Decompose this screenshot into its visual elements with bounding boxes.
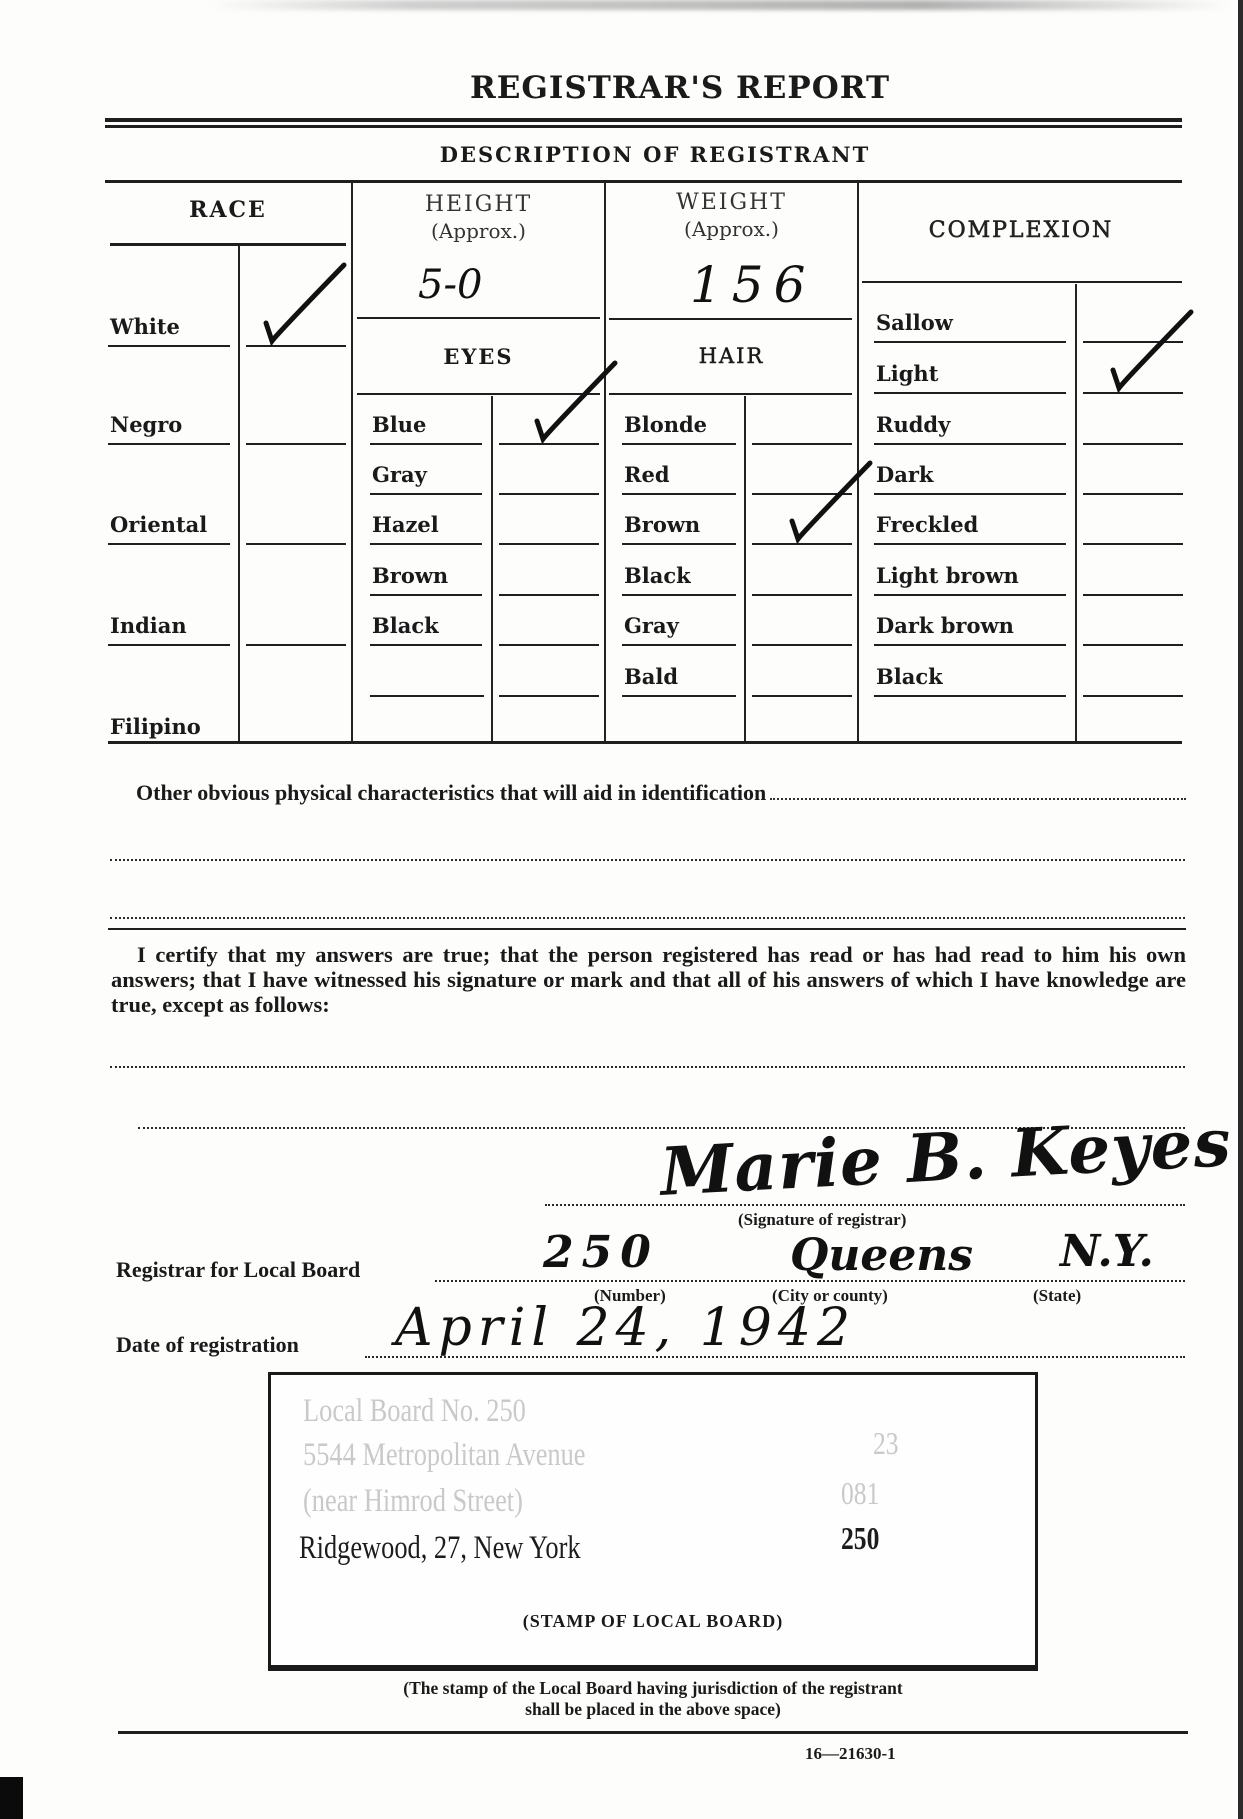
eyes-checkbox[interactable] (499, 644, 599, 646)
stamp-line-2: 5544 Metropolitan Avenue (303, 1437, 586, 1474)
local-board-city[interactable]: Queens (790, 1230, 973, 1281)
complexion-header-rule (862, 281, 1182, 283)
checkmark-icon (258, 263, 348, 353)
weight-header-sub: (Approx.) (606, 216, 857, 242)
complexion-check-divider (1075, 284, 1077, 742)
race-check-divider (238, 246, 240, 742)
hair-label-rule (622, 695, 736, 697)
stamp-note: (The stamp of the Local Board having jur… (268, 1678, 1038, 1720)
complexion-label-rule (874, 443, 1066, 445)
stamp-note-line-1: (The stamp of the Local Board having jur… (268, 1678, 1038, 1699)
eyes-label-rule (370, 493, 482, 495)
complexion-label-rule (874, 644, 1066, 646)
table-top-rule (105, 180, 1182, 183)
complexion-label-rule (874, 341, 1066, 343)
stamp-line-4: Ridgewood, 27, New York (299, 1530, 581, 1567)
race-header: RACE (108, 197, 348, 223)
race-label-rule (108, 345, 230, 347)
signature-line (545, 1204, 1185, 1206)
race-checkbox[interactable] (246, 443, 346, 445)
certification-text: I certify that my answers are true; that… (111, 942, 1186, 1017)
bottom-rule (118, 1731, 1188, 1734)
hair-option-label: Gray (624, 613, 679, 638)
signature-caption: (Signature of registrar) (738, 1210, 906, 1230)
complexion-option-label: Light (876, 361, 938, 386)
race-label-rule (108, 543, 230, 545)
checkmark-icon (529, 361, 619, 451)
race-option-label: Oriental (110, 512, 207, 537)
local-board-number[interactable]: 250 (543, 1227, 659, 1278)
race-header-rule (110, 243, 346, 246)
other-characteristics-line-3[interactable] (110, 917, 1185, 919)
hair-header-rule (609, 393, 852, 395)
height-header-label: HEIGHT (353, 192, 604, 218)
divider-race-height (351, 182, 353, 742)
complexion-option-label: Freckled (876, 512, 978, 537)
complexion-option-label: Ruddy (876, 412, 950, 437)
checkmark-icon (1105, 310, 1195, 400)
hair-label-rule (622, 594, 736, 596)
checkmark-icon (784, 461, 874, 551)
form-number: 16—21630-1 (805, 1744, 896, 1764)
hair-checkbox[interactable] (752, 695, 852, 697)
complexion-checkbox[interactable] (1083, 594, 1183, 596)
stamp-number-2: 081 (841, 1475, 879, 1512)
other-characteristics-field[interactable] (770, 784, 1186, 800)
eyes-label-rule (370, 443, 482, 445)
hair-option-label: Red (624, 462, 670, 487)
stamp-number-3: 250 (841, 1520, 879, 1557)
scan-corner-mark (0, 1777, 23, 1819)
hair-option-label: Black (624, 563, 691, 588)
hair-label-rule (622, 644, 736, 646)
eyes-checkbox[interactable] (499, 493, 599, 495)
height-value[interactable]: 5-0 (418, 262, 482, 308)
weight-header: WEIGHT (Approx.) (606, 190, 857, 242)
registration-date-label: Date of registration (116, 1332, 299, 1358)
hair-check-divider (744, 396, 746, 742)
hair-label-rule (622, 443, 736, 445)
eyes-blank-row-rule (370, 695, 484, 697)
complexion-checkbox[interactable] (1083, 543, 1183, 545)
complexion-option-label: Dark (876, 462, 933, 487)
complexion-option-label: Black (876, 664, 943, 689)
title-rule-2 (105, 125, 1182, 128)
other-characteristics-label: Other obvious physical characteristics t… (136, 780, 766, 805)
section-rule (108, 928, 1186, 930)
race-option-label: Filipino (110, 714, 201, 739)
race-option-label: White (110, 314, 180, 339)
section-title: DESCRIPTION OF REGISTRANT (0, 142, 1243, 167)
table-bottom-rule (108, 741, 1182, 744)
hair-label-rule (622, 543, 736, 545)
complexion-label-rule (874, 594, 1066, 596)
local-board-label: Registrar for Local Board (116, 1257, 360, 1283)
eyes-label-rule (370, 543, 482, 545)
complexion-checkbox[interactable] (1083, 493, 1183, 495)
exceptions-line-1[interactable] (110, 1066, 1185, 1068)
complexion-label-rule (874, 392, 1066, 394)
hair-checkbox[interactable] (752, 443, 852, 445)
scan-artifact-top (210, 0, 1230, 10)
stamp-line-1: Local Board No. 250 (303, 1393, 526, 1430)
complexion-header: COMPLEXION (860, 218, 1182, 243)
height-value-line (357, 317, 600, 319)
race-option-label: Indian (110, 613, 187, 638)
registration-date-value[interactable]: April 24, 1942 (395, 1298, 856, 1358)
complexion-option-label: Light brown (876, 563, 1019, 588)
weight-value[interactable]: 156 (690, 256, 815, 314)
page-edge (1238, 0, 1243, 1819)
hair-option-label: Bald (624, 664, 678, 689)
hair-checkbox[interactable] (752, 594, 852, 596)
hair-label-rule (622, 493, 736, 495)
stamp-number-1: 23 (873, 1425, 899, 1462)
eyes-label-rule (370, 644, 482, 646)
state-caption: (State) (1033, 1286, 1081, 1306)
race-option-label: Negro (110, 412, 182, 437)
other-characteristics-row: Other obvious physical characteristics t… (136, 780, 1186, 805)
eyes-checkbox[interactable] (499, 543, 599, 545)
other-characteristics-line-2[interactable] (110, 859, 1185, 861)
hair-option-label: Blonde (624, 412, 707, 437)
local-board-state[interactable]: N.Y. (1060, 1226, 1154, 1277)
complexion-checkbox[interactable] (1083, 443, 1183, 445)
eyes-checkbox[interactable] (499, 594, 599, 596)
hair-header: HAIR (606, 344, 857, 368)
height-header: HEIGHT (Approx.) (353, 192, 604, 244)
complexion-label-rule (874, 695, 1066, 697)
eyes-option-label: Brown (372, 563, 448, 588)
eyes-option-label: Gray (372, 462, 427, 487)
title-rule (105, 118, 1182, 122)
eyes-option-label: Blue (372, 412, 426, 437)
eyes-option-label: Hazel (372, 512, 439, 537)
complexion-checkbox[interactable] (1083, 644, 1183, 646)
stamp-box: Local Board No. 250 5544 Metropolitan Av… (268, 1372, 1038, 1671)
stamp-line-3: (near Himrod Street) (303, 1483, 523, 1520)
hair-option-label: Brown (624, 512, 700, 537)
eyes-check-divider (491, 396, 493, 742)
eyes-blank-row-rule (499, 695, 599, 697)
eyes-label-rule (370, 594, 482, 596)
race-label-rule (108, 443, 230, 445)
complexion-option-label: Sallow (876, 310, 953, 335)
race-checkbox[interactable] (246, 543, 346, 545)
registrar-signature[interactable]: Marie B. Keyes (658, 1103, 1233, 1211)
eyes-option-label: Black (372, 613, 439, 638)
complexion-checkbox[interactable] (1083, 695, 1183, 697)
weight-value-line (609, 318, 852, 320)
form-title: REGISTRAR'S REPORT (0, 70, 1243, 106)
height-header-sub: (Approx.) (353, 218, 604, 244)
divider-height-weight (604, 182, 606, 742)
stamp-note-line-2: shall be placed in the above space) (268, 1699, 1038, 1720)
weight-header-label: WEIGHT (606, 190, 857, 216)
complexion-option-label: Dark brown (876, 613, 1014, 638)
stamp-caption: (STAMP OF LOCAL BOARD) (271, 1611, 1035, 1632)
race-checkbox[interactable] (246, 644, 346, 646)
race-label-rule (108, 644, 230, 646)
hair-checkbox[interactable] (752, 644, 852, 646)
complexion-label-rule (874, 543, 1066, 545)
complexion-label-rule (874, 493, 1066, 495)
